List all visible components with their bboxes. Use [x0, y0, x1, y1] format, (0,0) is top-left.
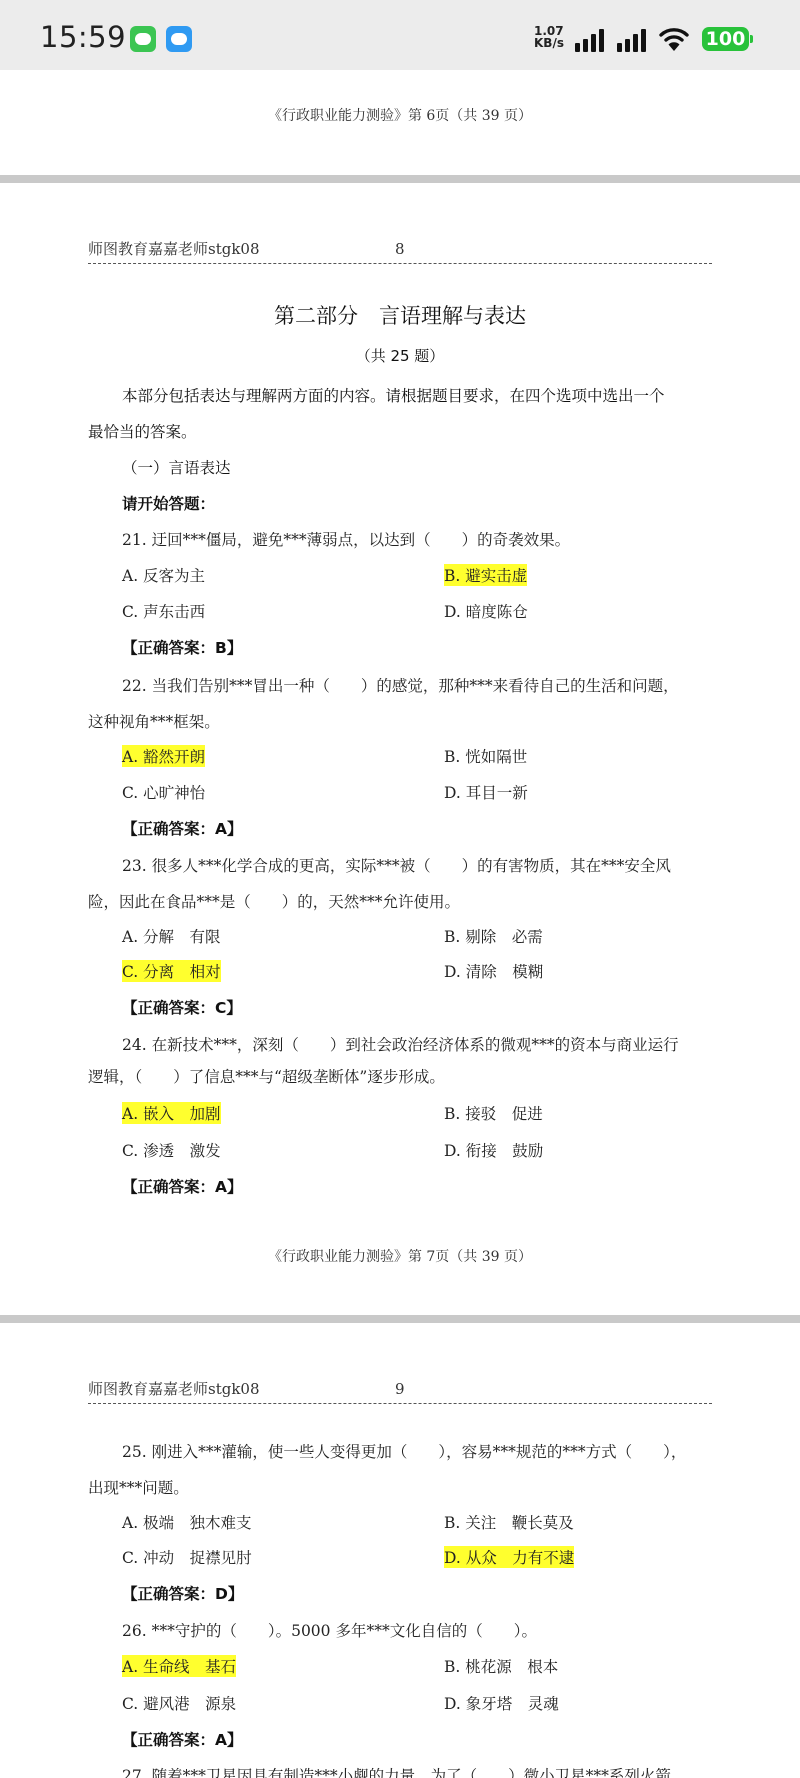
- question-24-line-1: 24. 在新技术***，深刻（ ）到社会政治经济体系的微观***的资本与商业运行: [122, 1033, 679, 1055]
- option-25-a: A. 极端 独木难支: [122, 1511, 252, 1533]
- page-header-watermark: 师图教育嘉嘉老师stgk08: [88, 1378, 260, 1399]
- option-23-a: A. 分解 有限: [122, 925, 221, 947]
- page-header-watermark: 师图教育嘉嘉老师stgk08: [88, 238, 260, 259]
- signal-icon-sim2: [617, 28, 646, 52]
- page-footer-7: 《行政职业能力测验》第 7页（共 39 页）: [0, 1246, 800, 1266]
- option-24-b: B. 接驳 促进: [444, 1102, 543, 1124]
- option-25-d-highlighted: D. 从众 力有不逮: [444, 1546, 574, 1568]
- section-title: 第二部分 言语理解与表达: [0, 300, 800, 330]
- option-21-c: C. 声东击西: [122, 600, 205, 622]
- section-subtitle: （共 25 题）: [0, 345, 800, 366]
- question-26: 26. ***守护的（ ）。5000 多年***文化自信的（ ）。: [122, 1619, 537, 1641]
- option-21-d: D. 暗度陈仓: [444, 600, 528, 622]
- answer-25: 【正确答案：D】: [122, 1582, 243, 1604]
- option-23-d: D. 清除 模糊: [444, 960, 543, 982]
- option-23-c-highlighted: C. 分离 相对: [122, 960, 221, 982]
- page-separator: [0, 175, 800, 183]
- signal-icon-sim1: [575, 28, 604, 52]
- intro-line-2: 最恰当的答案。: [88, 420, 197, 442]
- question-23-line-2: 险，因此在食品***是（ ）的，天然***允许使用。: [88, 890, 460, 912]
- option-22-a-highlighted: A. 豁然开朗: [122, 745, 205, 767]
- answer-21: 【正确答案：B】: [122, 636, 242, 658]
- option-26-d: D. 象牙塔 灵魂: [444, 1692, 559, 1714]
- option-21-a: A. 反客为主: [122, 564, 205, 586]
- page-header-number: 9: [395, 1380, 405, 1398]
- option-24-c: C. 渗透 激发: [122, 1139, 221, 1161]
- option-21-b-highlighted: B. 避实击虚: [444, 564, 527, 586]
- option-22-b: B. 恍如隔世: [444, 745, 527, 767]
- battery-icon: 100: [702, 27, 749, 51]
- option-23-b: B. 剔除 必需: [444, 925, 543, 947]
- subsection-title: （一）言语表达: [122, 456, 231, 478]
- option-22-c: C. 心旷神怡: [122, 781, 205, 803]
- answer-22: 【正确答案：A】: [122, 817, 243, 839]
- option-24-d: D. 衔接 鼓励: [444, 1139, 543, 1161]
- page-header-number: 8: [395, 240, 405, 258]
- answer-24: 【正确答案：A】: [122, 1175, 243, 1197]
- option-24-a-highlighted: A. 嵌入 加剧: [122, 1102, 221, 1124]
- header-divider: [88, 263, 712, 264]
- clock: 15:59: [40, 20, 126, 54]
- answer-23: 【正确答案：C】: [122, 996, 242, 1018]
- option-26-b: B. 桃花源 根本: [444, 1655, 558, 1677]
- question-27-line-1: 27. 随着***卫星因具有制造***小觑的力量，为了（ ）微小卫星***系列火…: [122, 1764, 671, 1778]
- cloud-icon: [166, 26, 192, 52]
- network-speed: 1.07 KB/s: [534, 25, 564, 49]
- answer-26: 【正确答案：A】: [122, 1728, 243, 1750]
- question-25-line-1: 25. 刚进入***灌输，使一些人变得更加（ ），容易***规范的***方式（ …: [122, 1440, 686, 1462]
- option-26-a-highlighted: A. 生命线 基石: [122, 1655, 236, 1677]
- page-separator: [0, 1315, 800, 1323]
- option-25-b: B. 关注 鞭长莫及: [444, 1511, 574, 1533]
- question-25-line-2: 出现***问题。: [88, 1476, 189, 1498]
- page-footer-6: 《行政职业能力测验》第 6页（共 39 页）: [0, 105, 800, 125]
- network-speed-unit: KB/s: [534, 37, 564, 49]
- header-divider: [88, 1403, 712, 1404]
- question-21: 21. 迂回***僵局，避免***薄弱点，以达到（ ）的奇袭效果。: [122, 528, 570, 550]
- status-bar: 15:59 1.07 KB/s 100: [0, 0, 800, 70]
- intro-line-1: 本部分包括表达与理解两方面的内容。请根据题目要求，在四个选项中选出一个: [122, 384, 665, 406]
- start-instruction: 请开始答题：: [122, 492, 215, 514]
- question-23-line-1: 23. 很多人***化学合成的更高，实际***被（ ）的有害物质，其在***安全…: [122, 854, 671, 876]
- wechat-icon: [130, 26, 156, 52]
- question-22-line-1: 22. 当我们告别***冒出一种（ ）的感觉，那种***来看待自己的生活和问题，: [122, 674, 679, 696]
- question-22-line-2: 这种视角***框架。: [88, 710, 220, 732]
- question-24-line-2: 逻辑，（ ）了信息***与“超级垄断体”逐步形成。: [88, 1065, 445, 1087]
- battery-tip: [750, 35, 753, 43]
- option-26-c: C. 避风港 源泉: [122, 1692, 236, 1714]
- wifi-icon: [659, 26, 689, 52]
- option-22-d: D. 耳目一新: [444, 781, 528, 803]
- option-25-c: C. 冲动 捉襟见肘: [122, 1546, 252, 1568]
